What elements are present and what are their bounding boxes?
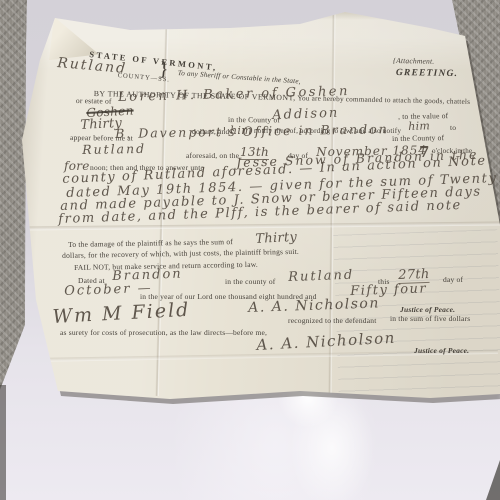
- justice-title-2: Justice of Peace.: [414, 346, 469, 355]
- aforesaid-on-label: aforesaid, on the: [186, 151, 239, 160]
- in-county-label-3: in the county of: [225, 277, 275, 286]
- to-label: to: [450, 123, 456, 132]
- him-handwritten-2: him: [408, 119, 430, 133]
- damage-amount-handwritten: Thirty: [255, 230, 298, 247]
- header-brace: }: [158, 58, 170, 82]
- bottom-left-shadow: [0, 385, 6, 500]
- in-county-label-2: in the County of: [392, 133, 444, 143]
- photo-of-document: STATE OF VERMONT, Rutland COUNTY—SS. } T…: [0, 0, 500, 500]
- surety-line: as surety for costs of prosecution, as t…: [60, 328, 267, 337]
- county-rutland-handwritten: Rutland: [82, 141, 146, 157]
- attachment-label: {Attachment.: [393, 56, 435, 66]
- five-dollars-label: in the sum of five dollars: [390, 314, 470, 323]
- greeting-label: GREETING.: [396, 68, 458, 79]
- closing-county-handwritten: Rutland: [288, 268, 354, 285]
- day-of-label-2: day of: [443, 275, 463, 284]
- county-addison-handwritten: Addison: [272, 106, 340, 123]
- recognized-label: recognized to the defendant: [288, 316, 377, 325]
- justice-title-1: Justice of Peace.: [400, 305, 455, 314]
